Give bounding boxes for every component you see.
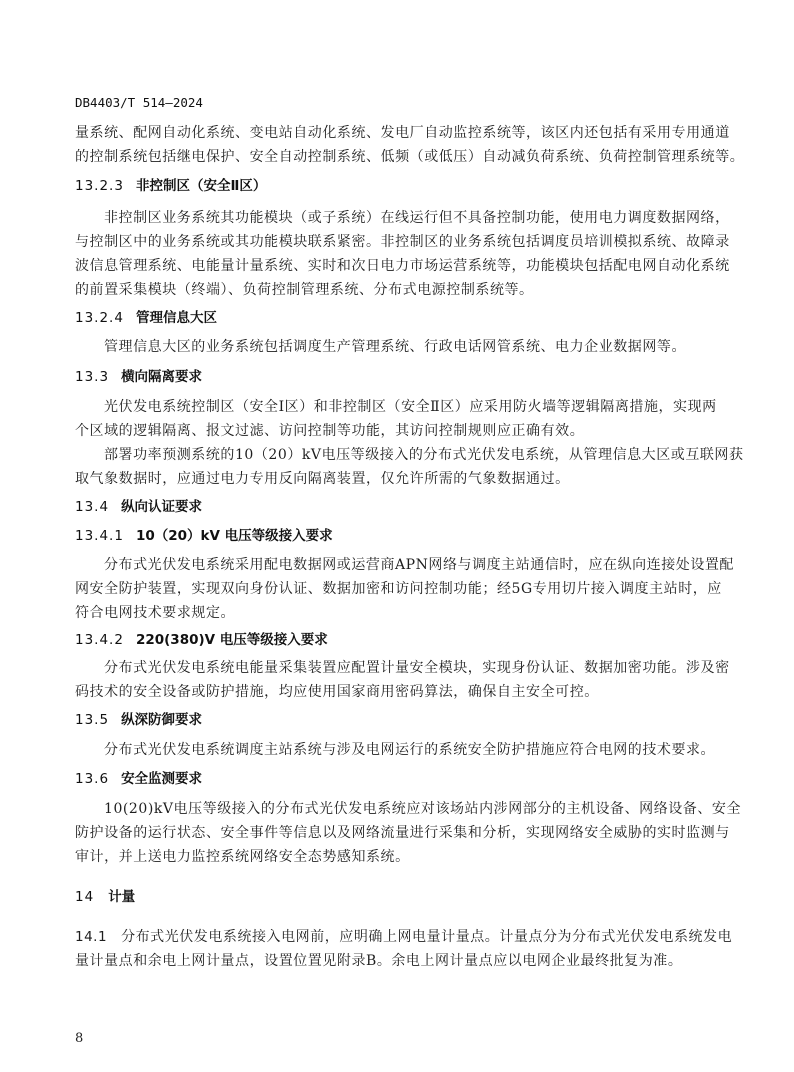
paragraph-line: 码技术的安全设备或防护措施，均应使用国家商用密码算法，确保自主安全可控。 — [75, 683, 599, 701]
section-heading-13-4-2: 13.4.2220(380)V 电压等级接入要求 — [75, 631, 328, 649]
heading-title: 纵深防御要求 — [121, 712, 202, 728]
paragraph-line: 量系统、配网自动化系统、变电站自动化系统、发电厂自动监控系统等，该区内还包括有采… — [75, 124, 730, 142]
document-page: DB4403/T 514—2024 量系统、配网自动化系统、变电站自动化系统、发… — [0, 0, 794, 1072]
paragraph-line: 非控制区业务系统其功能模块（或子系统）在线运行但不具备控制功能，使用电力调度数据… — [104, 209, 730, 227]
chapter-heading-14: 14计量 — [75, 888, 135, 906]
paragraph-line: 分布式光伏发电系统采用配电数据网或运营商APN网络与调度主站通信时，应在纵向连接… — [104, 556, 734, 574]
paragraph-line: 与控制区中的业务系统或其功能模块联系紧密。非控制区的业务系统包括调度员培训模拟系… — [75, 233, 730, 251]
paragraph-line: 审计，并上送电力监控系统网络安全态势感知系统。 — [75, 848, 410, 866]
section-heading-13-2-4: 13.2.4管理信息大区 — [75, 309, 217, 327]
heading-number: 13.3 — [75, 368, 109, 386]
heading-title: 管理信息大区 — [136, 310, 217, 326]
document-id: DB4403/T 514—2024 — [75, 95, 203, 110]
section-heading-13-6: 13.6安全监测要求 — [75, 770, 202, 788]
heading-number: 13.2.4 — [75, 309, 124, 327]
paragraph-line: 分布式光伏发电系统电能量采集装置应配置计量安全模块，实现身份认证、数据加密功能。… — [104, 659, 730, 677]
paragraph-line: 光伏发电系统控制区（安全Ⅰ区）和非控制区（安全Ⅱ区）应采用防火墙等逻辑隔离措施，… — [104, 398, 717, 416]
heading-number: 13.6 — [75, 770, 109, 788]
heading-title: 220(380)V 电压等级接入要求 — [136, 632, 328, 648]
page-number: 8 — [75, 1031, 83, 1046]
section-heading-13-3: 13.3横向隔离要求 — [75, 368, 202, 386]
heading-title: 纵向认证要求 — [121, 499, 202, 515]
paragraph-line: 部署功率预测系统的10（20）kV电压等级接入的分布式光伏发电系统，从管理信息大… — [104, 446, 744, 464]
paragraph-line: 管理信息大区的业务系统包括调度生产管理系统、行政电话网管系统、电力企业数据网等。 — [104, 338, 686, 356]
heading-number: 13.4.2 — [75, 631, 124, 649]
heading-title: 横向隔离要求 — [121, 369, 202, 385]
heading-number: 13.2.3 — [75, 177, 124, 195]
heading-title: 非控制区（安全Ⅱ区） — [136, 178, 266, 194]
paragraph-line: 10(20)kV电压等级接入的分布式光伏发电系统应对该场站内涉网部分的主机设备、… — [104, 800, 741, 818]
paragraph-line: 分布式光伏发电系统调度主站系统与涉及电网运行的系统安全防护措施应符合电网的技术要… — [104, 741, 715, 759]
clause-14-1-line: 14.1分布式光伏发电系统接入电网前，应明确上网电量计量点。计量点分为分布式光伏… — [75, 928, 732, 946]
section-heading-13-4-1: 13.4.110（20）kV 电压等级接入要求 — [75, 527, 333, 545]
heading-title: 10（20）kV 电压等级接入要求 — [136, 528, 333, 544]
heading-title: 安全监测要求 — [121, 771, 202, 787]
section-heading-13-2-3: 13.2.3非控制区（安全Ⅱ区） — [75, 177, 266, 195]
paragraph-line: 波信息管理系统、电能量计量系统、实时和次日电力市场运营系统等，功能模块包括配电网… — [75, 257, 730, 275]
section-heading-13-5: 13.5纵深防御要求 — [75, 711, 202, 729]
paragraph-line: 取气象数据时，应通过电力专用反向隔离装置，仅允许所需的气象数据通过。 — [75, 470, 570, 488]
clause-text: 分布式光伏发电系统接入电网前，应明确上网电量计量点。计量点分为分布式光伏发电系统… — [121, 929, 732, 945]
section-heading-13-4: 13.4纵向认证要求 — [75, 498, 202, 516]
heading-number: 13.4.1 — [75, 527, 124, 545]
paragraph-line: 的控制系统包括继电保护、安全自动控制系统、低频（或低压）自动减负荷系统、负荷控制… — [75, 148, 744, 166]
clause-number: 14.1 — [75, 929, 107, 945]
heading-number: 13.4 — [75, 498, 109, 516]
paragraph-line: 网安全防护装置，实现双向身份认证、数据加密和访问控制功能；经5G专用切片接入调度… — [75, 580, 722, 598]
heading-number: 14 — [75, 888, 94, 906]
heading-title: 计量 — [108, 889, 135, 905]
paragraph-line: 符合电网技术要求规定。 — [75, 604, 235, 622]
heading-number: 13.5 — [75, 711, 109, 729]
paragraph-line: 个区域的逻辑隔离、报文过滤、访问控制等功能，其访问控制规则应正确有效。 — [75, 422, 584, 440]
paragraph-line: 量计量点和余电上网计量点，设置位置见附录B。余电上网计量点应以电网企业最终批复为… — [75, 952, 682, 970]
paragraph-line: 的前置采集模块（终端）、负荷控制管理系统、分布式电源控制系统等。 — [75, 281, 534, 299]
paragraph-line: 防护设备的运行状态、安全事件等信息以及网络流量进行采集和分析，实现网络安全威胁的… — [75, 824, 730, 842]
